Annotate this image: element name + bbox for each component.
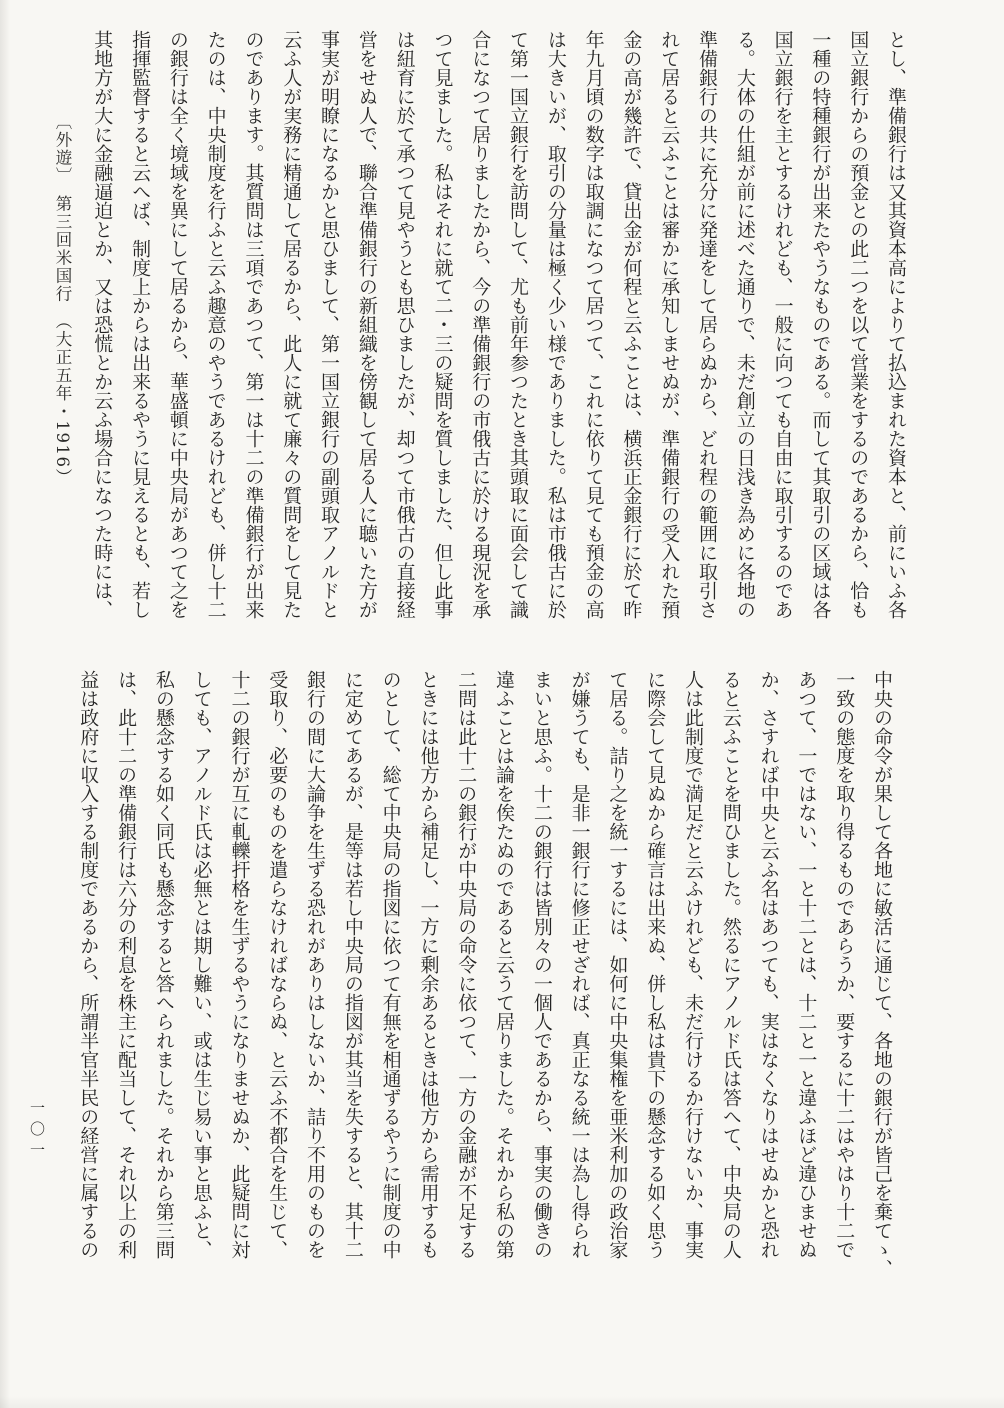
text-column: 私の懸念する如く同氏も懸念すると答へられました。それから第三問 <box>144 670 182 1262</box>
text-column: に定めてあるが、是等は若し中央局の指図が其当を失すると、其十二 <box>333 670 371 1262</box>
text-column: 受取り、必要のものを遣らなければならぬ、と云ふ不都合を生じて、 <box>257 670 295 1262</box>
scanned-book-page: 〔外遊〕 第三回米国行 （大正五年・1916） とし、準備銀行は又其資本高により… <box>0 0 1004 1408</box>
text-column: 益は政府に収入する制度であるから、所謂半官半民の経営に属するの <box>68 670 106 1262</box>
text-column: 十二の銀行が互に軋轢扞格を生ずるやうになりませぬか、此疑問に対 <box>220 670 258 1262</box>
text-column: 銀行の間に大論争を生ずる恐れがありはしないか、詰り不用のものを <box>295 670 333 1262</box>
text-column: は紐育に於て承つて見やうとも思ひましたが、却つて市俄古の直接経 <box>385 30 423 622</box>
text-column: れて居ると云ふことは審かに承知しませぬが、準備銀行の受入れた預 <box>649 30 687 622</box>
text-column: のであります。其質問は三項であつて、第一は十二の準備銀行が出来 <box>234 30 272 622</box>
text-column: が嫌うても、是非一銀行に修正せざれば、真正なる統一は為し得られ <box>560 670 598 1262</box>
text-column: 二問は此十二の銀行が中央局の命令に依つて、一方の金融が不足する <box>446 670 484 1262</box>
text-column: の銀行は全く境域を異にして居るから、華盛頓に中央局があつて之を <box>158 30 196 622</box>
text-column: て居る。詰り之を統一するには、如何に中央集権を亜米利加の政治家 <box>598 670 636 1262</box>
text-column: 国立銀行を主とするけれども、一般に向つても自由に取引するのであ <box>763 30 801 622</box>
text-column: まいと思ふ。十二の銀行は皆別々の一個人であるから、事実の働きの <box>522 670 560 1262</box>
text-column: に際会して見ぬから確言は出来ぬ、併し私は貴下の懸念する如く思う <box>635 670 673 1262</box>
text-column: 一種の特種銀行が出来たやうなものである。而して其取引の区域は各 <box>801 30 839 622</box>
text-column: 違ふことは論を俟たぬのであると云うて居りました。それから私の第 <box>484 670 522 1262</box>
text-column: 国立銀行からの預金との此二つを以て営業をするのであるから、恰も <box>838 30 876 622</box>
text-column: しても、アノルド氏は必無とは期し難い、或は生じ易い事と思ふと、 <box>182 670 220 1262</box>
text-column: 営をせぬ人で、聯合準備銀行の新組織を傍観して居る人に聴いた方が <box>347 30 385 622</box>
text-column: とし、準備銀行は又其資本高によりて払込まれた資本と、前にいふ各 <box>876 30 914 622</box>
text-column: たのは、中央制度を行ふと云ふ趣意のやうであるけれども、併し十二 <box>196 30 234 622</box>
text-column: 云ふ人が実務に精通して居るから、此人に就て廉々の質問をして見た <box>271 30 309 622</box>
text-column: 人は此制度で満足だと云ふけれども、未だ行けるか行けないか、事実 <box>673 670 711 1262</box>
text-column: は大きいが、取引の分量は極く少い様でありました。私は市俄古に於 <box>536 30 574 622</box>
text-column: 金の高が幾許で、貸出金が何程と云ふことは、横浜正金銀行に於て昨 <box>612 30 650 622</box>
text-column: て第一国立銀行を訪問して、尤も前年参つたとき其頭取に面会して識 <box>498 30 536 622</box>
text-column: つて見ました。私はそれに就て二・三の疑問を質しました、但し此事 <box>423 30 461 622</box>
text-column: ときには他方から補足し、一方に剰余あるときは他方から需用するも <box>409 670 447 1262</box>
page-number: 一〇一 <box>26 1100 48 1190</box>
top-text-block: とし、準備銀行は又其資本高によりて払込まれた資本と、前にいふ各国立銀行からの預金… <box>82 30 914 622</box>
text-column: 準備銀行の共に充分に発達をして居らぬから、どれ程の範囲に取引さ <box>687 30 725 622</box>
text-column: 其地方が大に金融逼迫とか、又は恐慌とか云ふ場合になつた時には、 <box>82 30 120 622</box>
text-column: 中央の命令が果して各地に敏活に通じて、各地の銀行が皆己を棄てゝ、 <box>862 670 900 1262</box>
running-header: 〔外遊〕 第三回米国行 （大正五年・1916） <box>50 113 74 513</box>
bottom-text-block: 中央の命令が果して各地に敏活に通じて、各地の銀行が皆己を棄てゝ、一致の態度を取り… <box>68 670 900 1262</box>
text-column: 事実が明瞭になるかと思ひまして、第一国立銀行の副頭取アノルドと <box>309 30 347 622</box>
text-column: る。大体の仕組が前に述べた通りで、未だ創立の日浅き為めに各地の <box>725 30 763 622</box>
text-column: のとして、総て中央局の指図に依つて有無を相通ずるやうに制度の中 <box>371 670 409 1262</box>
text-column: 指揮監督すると云へば、制度上からは出来るやうに見えるとも、若し <box>120 30 158 622</box>
text-column: ると云ふことを問ひました。然るにアノルド氏は答へて、中央局の人 <box>711 670 749 1262</box>
text-column: か、さすれば中央と云ふ名はあつても、実はなくなりはせぬかと恐れ <box>749 670 787 1262</box>
text-column: は、此十二の準備銀行は六分の利息を株主に配当して、それ以上の利 <box>106 670 144 1262</box>
text-column: 一致の態度を取り得るものであらうか、要するに十二はやはり十二で <box>824 670 862 1262</box>
text-column: 年九月頃の数字は取調になつて居つて、これに依りて見ても預金の高 <box>574 30 612 622</box>
text-column: 合になつて居りましたから、今の準備銀行の市俄古に於ける現況を承 <box>460 30 498 622</box>
text-column: あつて、一ではない、一と十二とは、十二と一と違ふほど違ひませぬ <box>787 670 825 1262</box>
